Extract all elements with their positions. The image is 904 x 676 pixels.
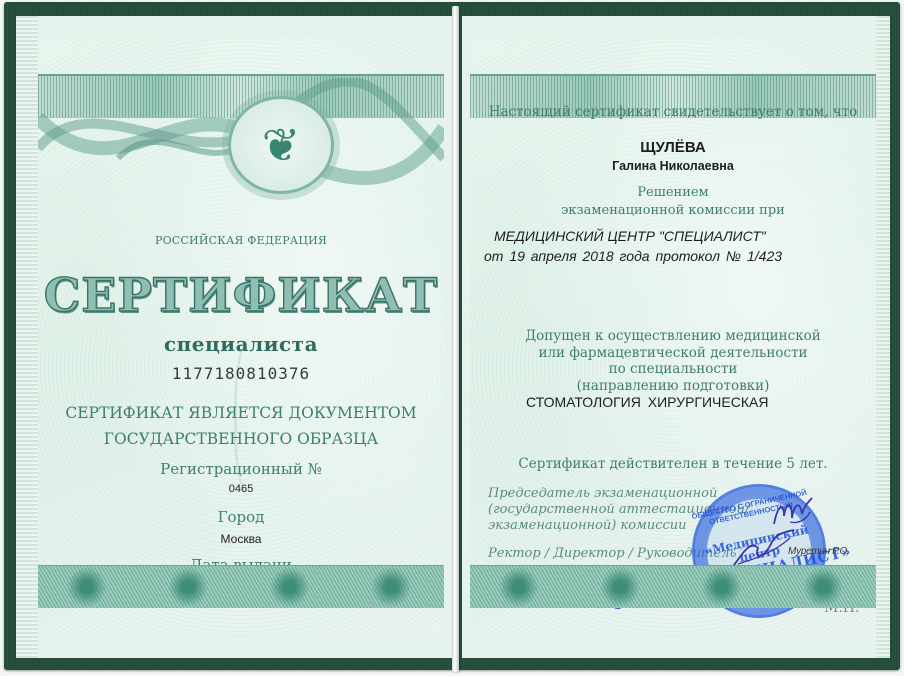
- coat-of-arms-emblem: ❦: [228, 96, 334, 194]
- specialty: СТОМАТОЛОГИЯ ХИРУРГИЧЕСКАЯ: [526, 394, 768, 410]
- certificate-title: СЕРТИФИКАТ: [38, 268, 444, 322]
- country-label: РОССИЙСКАЯ ФЕДЕРАЦИЯ: [38, 234, 444, 247]
- right-page-content: Настоящий сертификат свидетельствует о т…: [470, 38, 876, 636]
- admitted-line2: или фармацевтической деятельности: [470, 345, 876, 362]
- decision-text: Решением экзаменационной комиссии при: [470, 184, 876, 220]
- ornament-band-bottom: [38, 565, 444, 608]
- state-document-note: СЕРТИФИКАТ ЯВЛЯЕТСЯ ДОКУМЕНТОМ ГОСУДАРСТ…: [38, 400, 444, 452]
- protocol-reference: от 19 апреля 2018 года протокол № 1/423: [484, 248, 782, 264]
- city-label: Город: [38, 508, 444, 526]
- state-document-line1: СЕРТИФИКАТ ЯВЛЯЕТСЯ ДОКУМЕНТОМ: [38, 400, 444, 426]
- microtext-edge: [16, 16, 38, 658]
- decision-line2: экзаменационной комиссии при: [470, 202, 876, 220]
- certificate-number: 1177180810376: [38, 364, 444, 383]
- validity-period: Сертификат действителен в течение 5 лет.: [470, 456, 876, 472]
- left-page-content: ❦ РОССИЙСКАЯ ФЕДЕРАЦИЯ СЕРТИФИКАТ специа…: [38, 38, 444, 636]
- decision-line1: Решением: [470, 184, 876, 202]
- ornament-band-bottom: [470, 565, 876, 608]
- city-value: Москва: [38, 532, 444, 546]
- admission-text: Допущен к осуществлению медицинской или …: [470, 328, 876, 394]
- bookmark-ribbon: [452, 6, 459, 672]
- registration-value: 0465: [38, 483, 444, 495]
- admitted-line3: по специальности: [470, 361, 876, 378]
- registration-label: Регистрационный №: [38, 460, 444, 478]
- holder-surname: ЩУЛЁВА: [470, 139, 876, 156]
- certificate-subtitle: специалиста: [38, 332, 444, 356]
- double-headed-eagle-icon: ❦: [262, 118, 301, 172]
- chair-label-line1: Председатель экзаменационной: [488, 486, 749, 502]
- admitted-line4: (направлению подготовки): [470, 378, 876, 395]
- microtext-edge: [876, 16, 890, 658]
- right-page: Настоящий сертификат свидетельствует о т…: [462, 16, 890, 658]
- admitted-line1: Допущен к осуществлению медицинской: [470, 328, 876, 345]
- state-document-line2: ГОСУДАРСТВЕННОГО ОБРАЗЦА: [38, 426, 444, 452]
- left-page: ❦ РОССИЙСКАЯ ФЕДЕРАЦИЯ СЕРТИФИКАТ специа…: [16, 16, 452, 658]
- certificate-intro: Настоящий сертификат свидетельствует о т…: [470, 104, 876, 120]
- holder-given-names: Галина Николаевна: [470, 159, 876, 173]
- issuing-organization: МЕДИЦИНСКИЙ ЦЕНТР "СПЕЦИАЛИСТ": [494, 228, 766, 244]
- rector-name: Муретин Р.О.: [788, 546, 849, 557]
